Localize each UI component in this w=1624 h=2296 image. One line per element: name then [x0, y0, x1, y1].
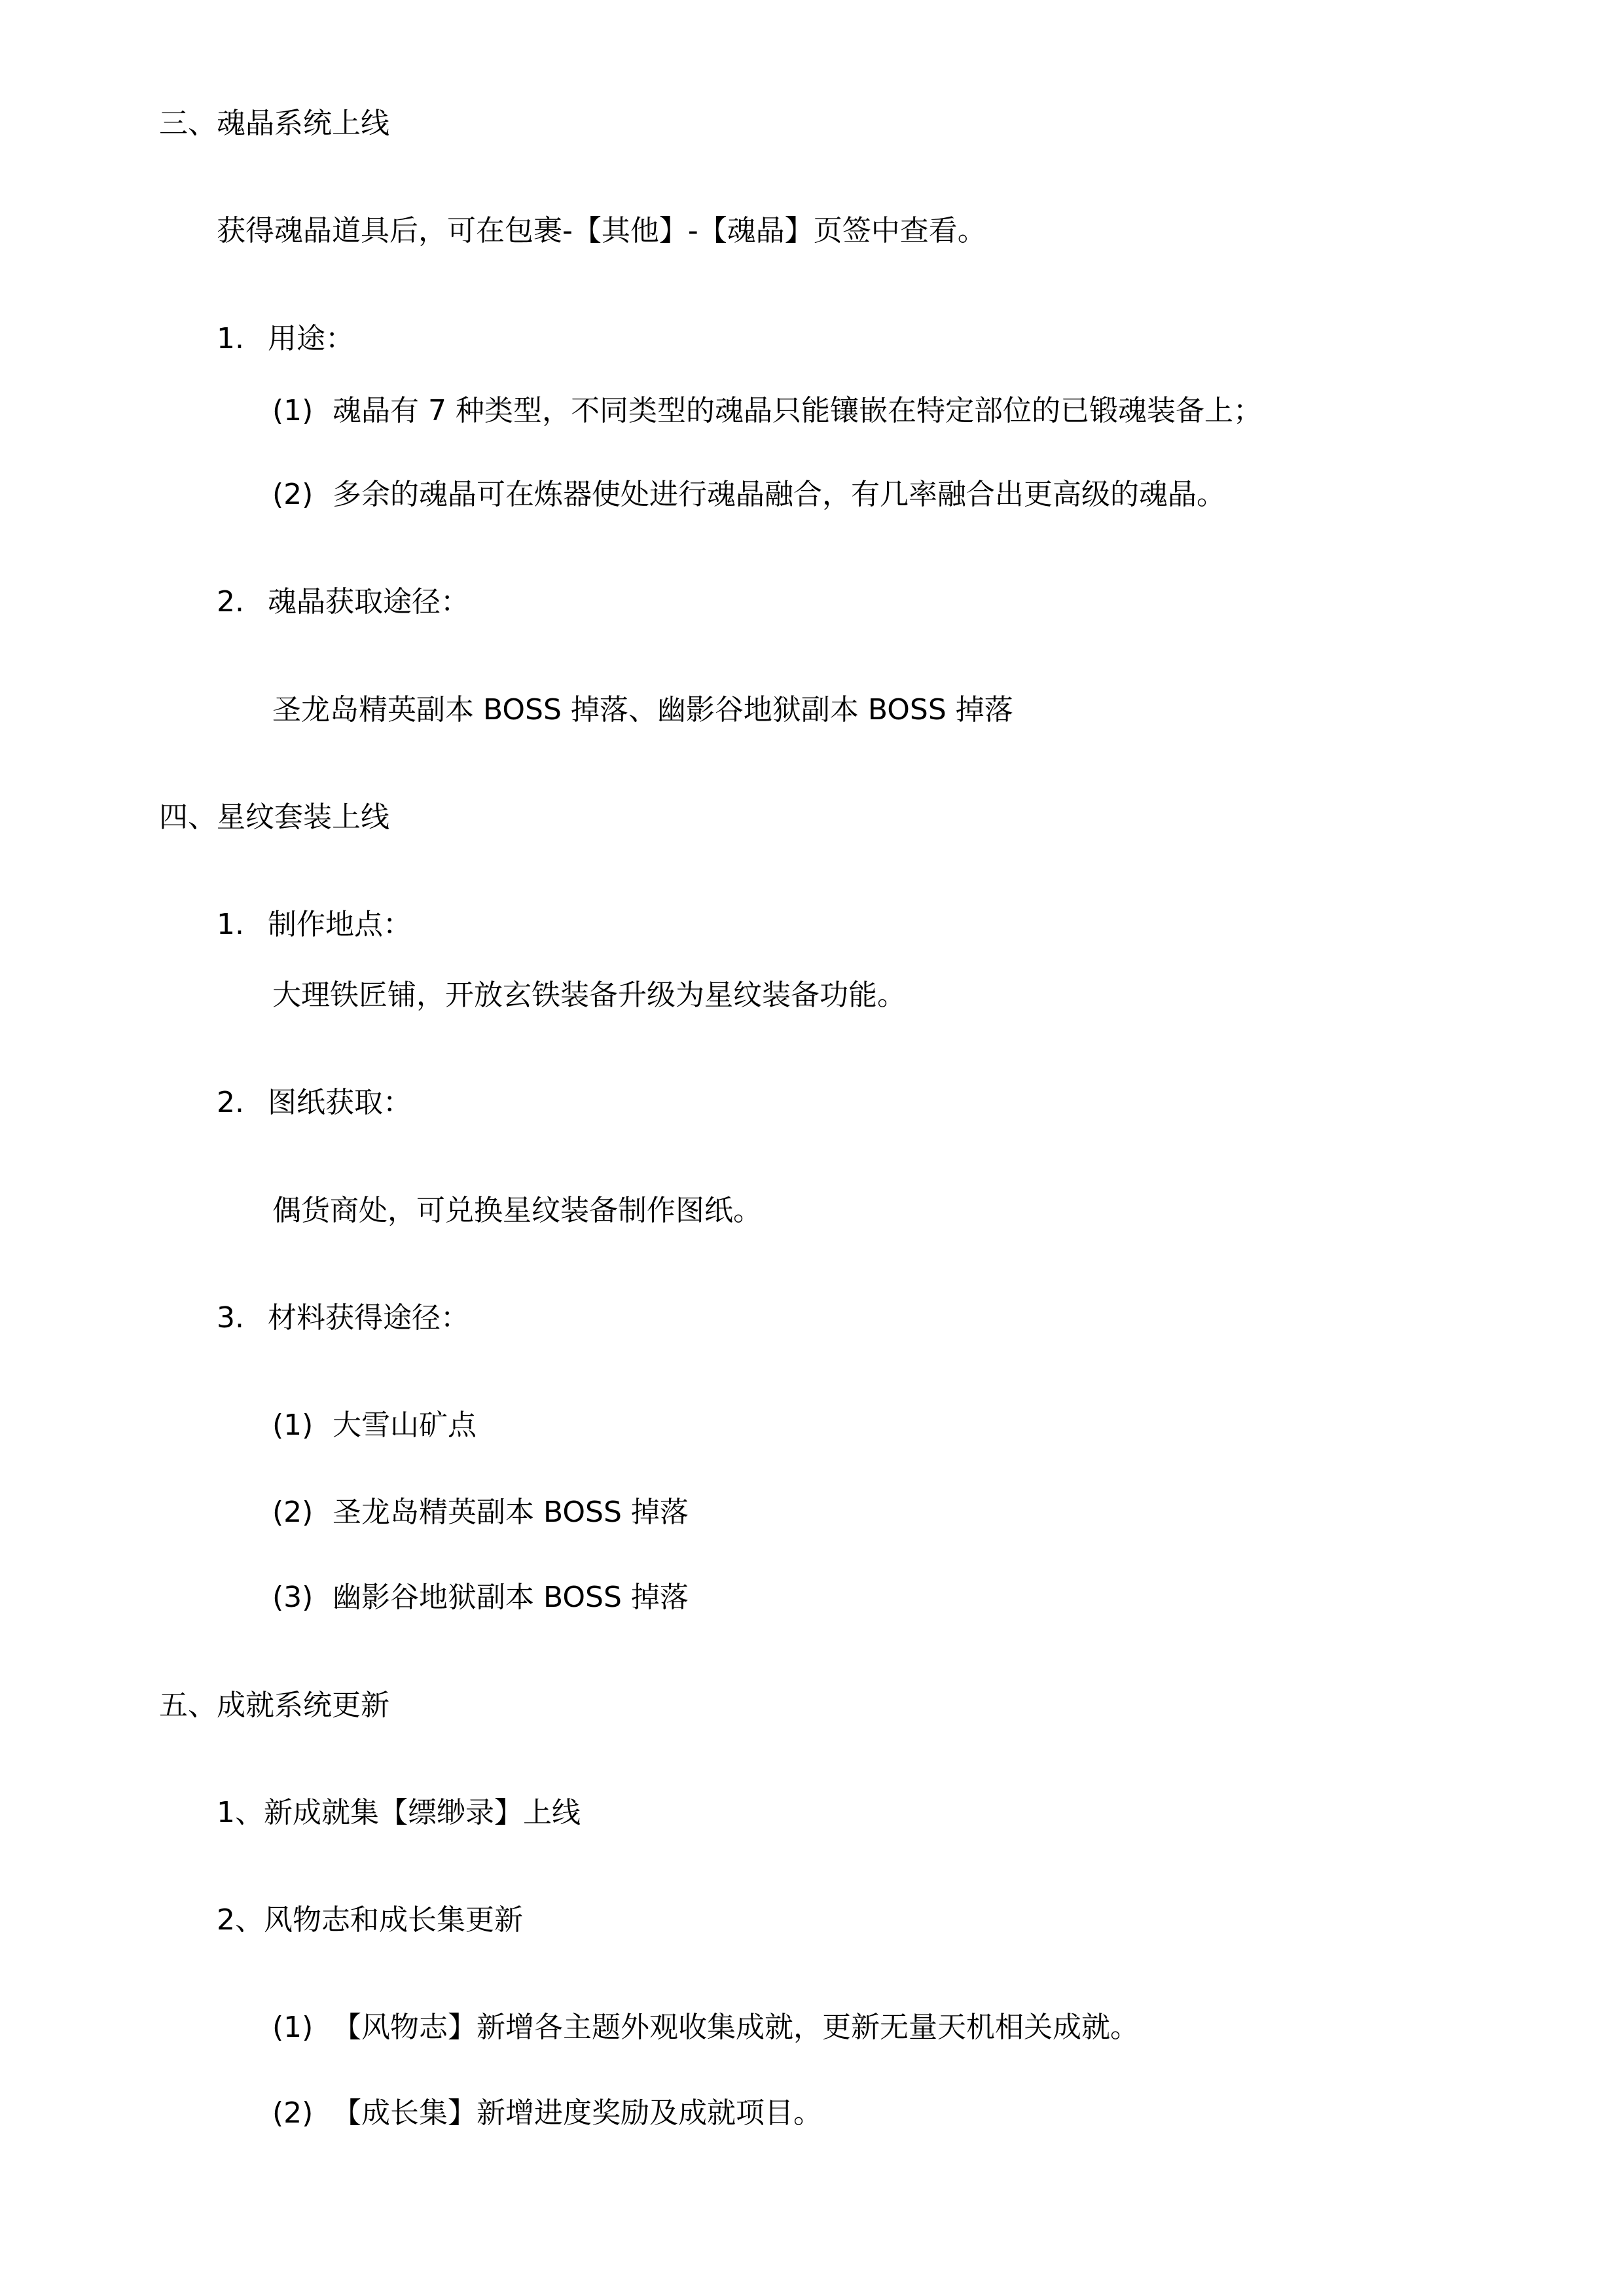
- sub-list-item: (1)大雪山矿点: [272, 1407, 477, 1444]
- list-label: 魂晶获取途径：: [268, 585, 469, 619]
- sub-text: 多余的魂晶可在炼器使处进行魂晶融合，有几率融合出更高级的魂晶。: [333, 478, 1225, 511]
- list-detail: 大理铁匠铺，开放玄铁装备升级为星纹装备功能。: [272, 977, 906, 1014]
- sub-number: (2): [272, 1494, 333, 1531]
- list-label: 图纸获取：: [268, 1086, 412, 1119]
- sub-list-item: (1)魂晶有 7 种类型，不同类型的魂晶只能镶嵌在特定部位的已锻魂装备上；: [272, 393, 1262, 429]
- section-intro: 获得魂晶道具后，可在包裹-【其他】-【魂晶】页签中查看。: [217, 213, 986, 249]
- sub-text: 大雪山矿点: [333, 1408, 477, 1442]
- sub-number: (1): [272, 393, 333, 429]
- sub-text: 【成长集】新增进度奖励及成就项目。: [333, 2096, 822, 2130]
- list-item: 1、新成就集【缥缈录】上线: [217, 1795, 581, 1831]
- list-label: 材料获得途径：: [268, 1301, 469, 1335]
- list-item: 2.图纸获取：: [217, 1085, 412, 1121]
- list-item: 2、风物志和成长集更新: [217, 1902, 523, 1939]
- list-item: 2.魂晶获取途径：: [217, 584, 469, 620]
- sub-number: (2): [272, 2095, 333, 2132]
- list-detail: 偶货商处，可兑换星纹装备制作图纸。: [272, 1193, 762, 1229]
- list-item: 1.制作地点：: [217, 906, 412, 943]
- section-heading: 三、魂晶系统上线: [159, 105, 389, 142]
- list-detail: 圣龙岛精英副本 BOSS 掉落、幽影谷地狱副本 BOSS 掉落: [272, 692, 1013, 728]
- sub-list-item: (3)幽影谷地狱副本 BOSS 掉落: [272, 1579, 689, 1616]
- sub-number: (3): [272, 1579, 333, 1616]
- section-heading: 五、成就系统更新: [159, 1687, 389, 1724]
- list-item: 1.用途：: [217, 321, 354, 357]
- section-heading: 四、星纹套装上线: [159, 799, 389, 836]
- sub-list-item: (2)【成长集】新增进度奖励及成就项目。: [272, 2095, 822, 2132]
- list-number: 2.: [217, 584, 268, 620]
- list-number: 1.: [217, 906, 268, 943]
- sub-text: 圣龙岛精英副本 BOSS 掉落: [333, 1496, 689, 1529]
- list-number: 3.: [217, 1300, 268, 1336]
- sub-list-item: (2)圣龙岛精英副本 BOSS 掉落: [272, 1494, 689, 1531]
- list-number: 1.: [217, 321, 268, 357]
- sub-number: (1): [272, 1407, 333, 1444]
- list-label: 用途：: [268, 322, 354, 355]
- list-item: 3.材料获得途径：: [217, 1300, 469, 1336]
- sub-text: 魂晶有 7 种类型，不同类型的魂晶只能镶嵌在特定部位的已锻魂装备上；: [333, 394, 1262, 427]
- sub-list-item: (2)多余的魂晶可在炼器使处进行魂晶融合，有几率融合出更高级的魂晶。: [272, 476, 1225, 513]
- sub-list-item: (1)【风物志】新增各主题外观收集成就，更新无量天机相关成就。: [272, 2009, 1139, 2046]
- sub-number: (1): [272, 2009, 333, 2046]
- list-label: 制作地点：: [268, 908, 412, 941]
- list-number: 2.: [217, 1085, 268, 1121]
- sub-text: 幽影谷地狱副本 BOSS 掉落: [333, 1581, 689, 1614]
- sub-text: 【风物志】新增各主题外观收集成就，更新无量天机相关成就。: [333, 2011, 1139, 2044]
- sub-number: (2): [272, 476, 333, 513]
